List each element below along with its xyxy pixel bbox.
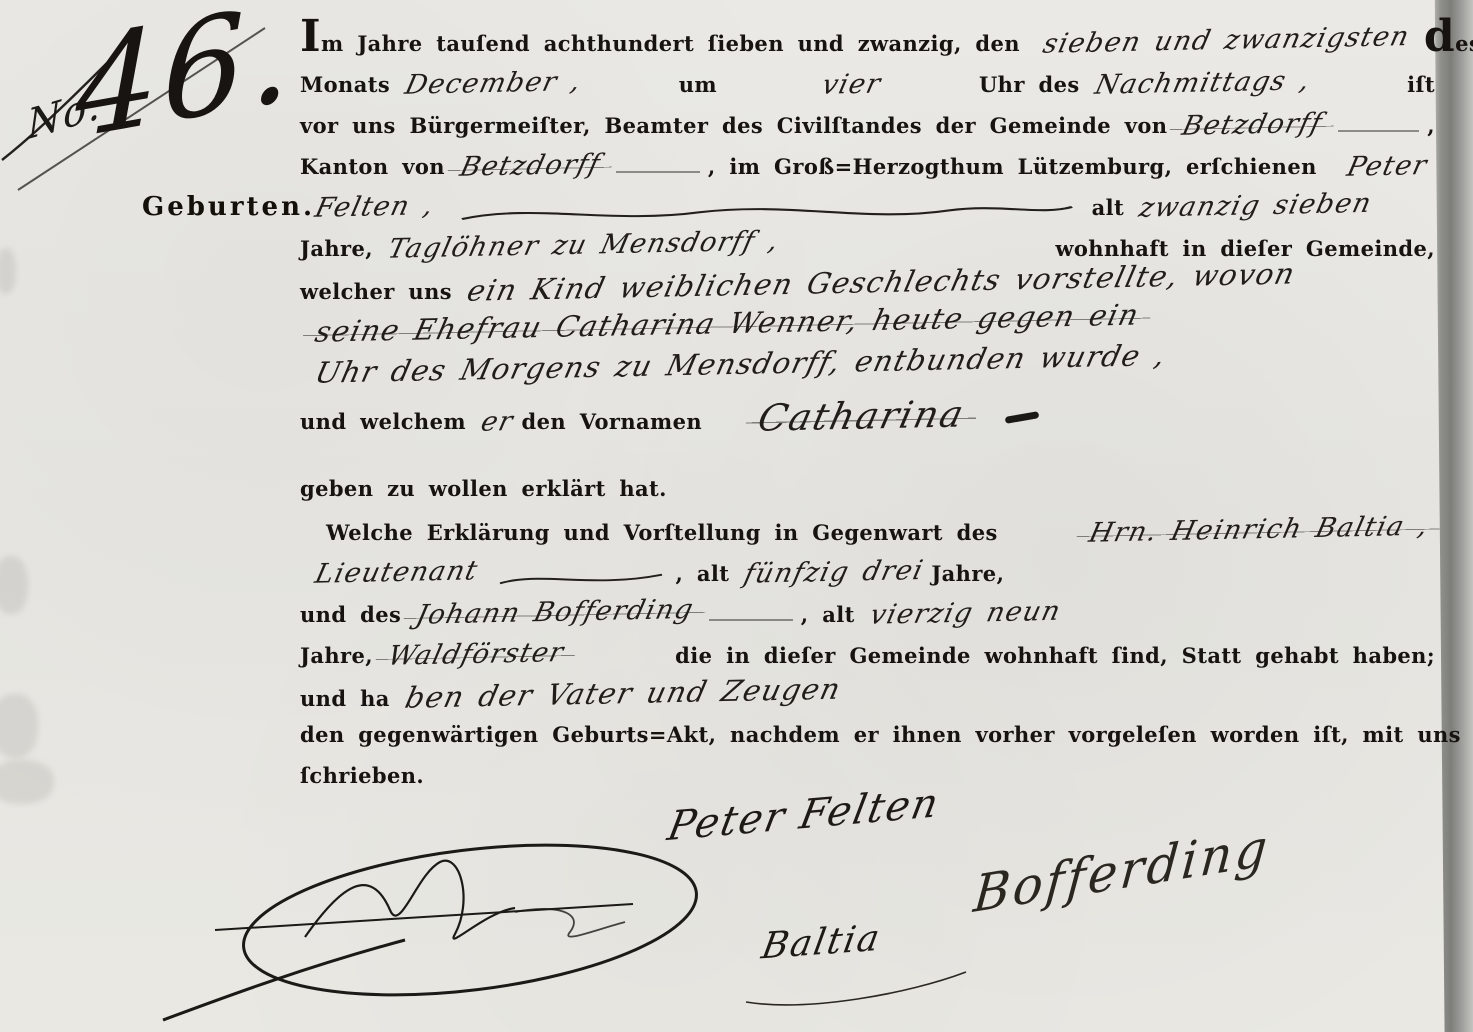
form-line: Welche Erklärung und Vorſtellung in Gege…	[300, 517, 1435, 558]
record-number: 46.	[76, 0, 295, 158]
form-line: und welchem er den Vornamen Catharina	[300, 397, 1435, 438]
printed-text: Jahre,	[300, 236, 373, 261]
printed-text: , alt	[676, 561, 730, 586]
handwritten-entry: vierzig neun	[855, 597, 1076, 631]
printed-text: um	[679, 72, 717, 97]
printed-text: den gegenwärtigen Geburts=Akt, nachdem e…	[300, 722, 1473, 747]
form-line: Monats December , um vier Uhr des Nachmi…	[300, 69, 1435, 110]
handwritten-entry: Peter	[1332, 151, 1442, 183]
handwritten-entry: Felten ,	[300, 191, 449, 224]
signature-baltia-underline-flourish	[738, 968, 973, 1016]
handwritten-entry: Catharina	[742, 394, 981, 439]
blank-rule-line	[1338, 130, 1419, 132]
printed-text: , im Groß=Herzogthum Lützemburg, erſchie…	[708, 154, 1317, 179]
printed-text: die in dieſer Gemeinde wohnhaft ſind, St…	[675, 643, 1435, 668]
handwritten-entry: Johann Bofferding	[401, 595, 709, 631]
form-line: vor uns Bürgermeiſter, Beamter des Civil…	[300, 110, 1435, 151]
handwritten-entry: December ,	[390, 67, 596, 101]
printed-text: , alt	[801, 602, 855, 627]
form-line: Lieutenant , alt fünfzig drei Jahre,	[300, 558, 1435, 599]
signature-bofferding: Bofferding	[971, 818, 1272, 924]
printed-text: Uhr des	[979, 72, 1080, 97]
printed-text: ,	[1427, 113, 1435, 138]
form-line: den gegenwärtigen Geburts=Akt, nachdem e…	[300, 722, 1435, 763]
ink-bleed-mark	[0, 760, 54, 804]
printed-text: und des	[300, 602, 401, 627]
blank-rule-line	[709, 619, 793, 621]
ink-dash	[1004, 411, 1039, 424]
handwritten-entry: Hrn. Heinrich Baltia ,	[1074, 511, 1444, 548]
printed-text: Jahre,	[300, 643, 373, 668]
printed-text: und welchem	[300, 409, 466, 434]
handwritten-entry: sieben und zwanzigsten	[1028, 22, 1425, 60]
signature-baltia: Baltia	[758, 918, 884, 968]
handwritten-entry: Taglöhner zu Mensdorff ,	[373, 226, 794, 264]
printed-text: geben zu wollen erklärt hat.	[300, 476, 667, 501]
printed-text: Welche Erklärung und Vorſtellung in Gege…	[326, 520, 998, 545]
printed-text: welcher uns	[300, 279, 452, 304]
handwritten-entry: er	[466, 407, 529, 438]
ink-bleed-mark	[0, 248, 16, 294]
ink-bleed-mark	[0, 694, 38, 758]
handwritten-entry: ben der Vater und Zeugen	[390, 673, 856, 714]
printed-text: Jahre,	[931, 561, 1004, 586]
printed-text: Monats	[300, 72, 390, 97]
printed-text: Im Jahre tauſend achthundert ſieben und …	[300, 31, 1020, 56]
ink-bleed-mark	[0, 556, 28, 614]
printed-text: alt	[1092, 195, 1125, 220]
blank-rule-line	[616, 171, 700, 173]
document-sheet: No. 46. Geburten. Im Jahre tauſend achth…	[0, 0, 1473, 1032]
printed-text: iſt	[1407, 72, 1435, 97]
form-line: Felten , alt zwanzig sieben	[300, 192, 1435, 233]
section-label-geburten: Geburten.	[142, 192, 315, 222]
form-line: Uhr des Morgens zu Mensdorff, entbunden …	[300, 356, 1435, 397]
printed-text: den Vornamen	[521, 409, 702, 434]
form-line: geben zu wollen erklärt hat.	[300, 476, 1435, 517]
printed-text: des	[1424, 31, 1473, 56]
handwritten-entry: fünfzig drei	[729, 556, 939, 590]
printed-text: und ha	[300, 686, 390, 711]
handwritten-entry: vier	[807, 69, 896, 100]
handwritten-entry: zwanzig sieben	[1124, 189, 1387, 224]
handwritten-entry: Lieutenant	[300, 556, 493, 590]
form-line: Jahre, Waldförster die in dieſer Gemeind…	[300, 640, 1435, 681]
form-line: Kanton von Betzdorff , im Groß=Herzogthu…	[300, 151, 1435, 192]
printed-text: Kanton von	[300, 154, 445, 179]
official-signature-flourish	[155, 812, 700, 1030]
handwritten-entry: Betzdorff	[1167, 109, 1338, 142]
printed-text: ſchrieben.	[300, 763, 424, 788]
form-line: Im Jahre tauſend achthundert ſieben und …	[300, 28, 1435, 69]
handwritten-entry: Nachmittags ,	[1080, 66, 1325, 101]
form-line: und des Johann Bofferding , alt vierzig …	[300, 599, 1435, 640]
printed-text: vor uns Bürgermeiſter, Beamter des Civil…	[300, 113, 1167, 138]
pen-flourish	[452, 200, 1082, 226]
handwritten-entry: Betzdorff	[445, 150, 616, 183]
form-line: und ha ben der Vater und Zeugen	[300, 681, 1435, 722]
document-body: Im Jahre tauſend achthundert ſieben und …	[300, 28, 1435, 804]
pen-flourish	[496, 566, 666, 592]
handwritten-entry: Waldförster	[373, 638, 579, 672]
